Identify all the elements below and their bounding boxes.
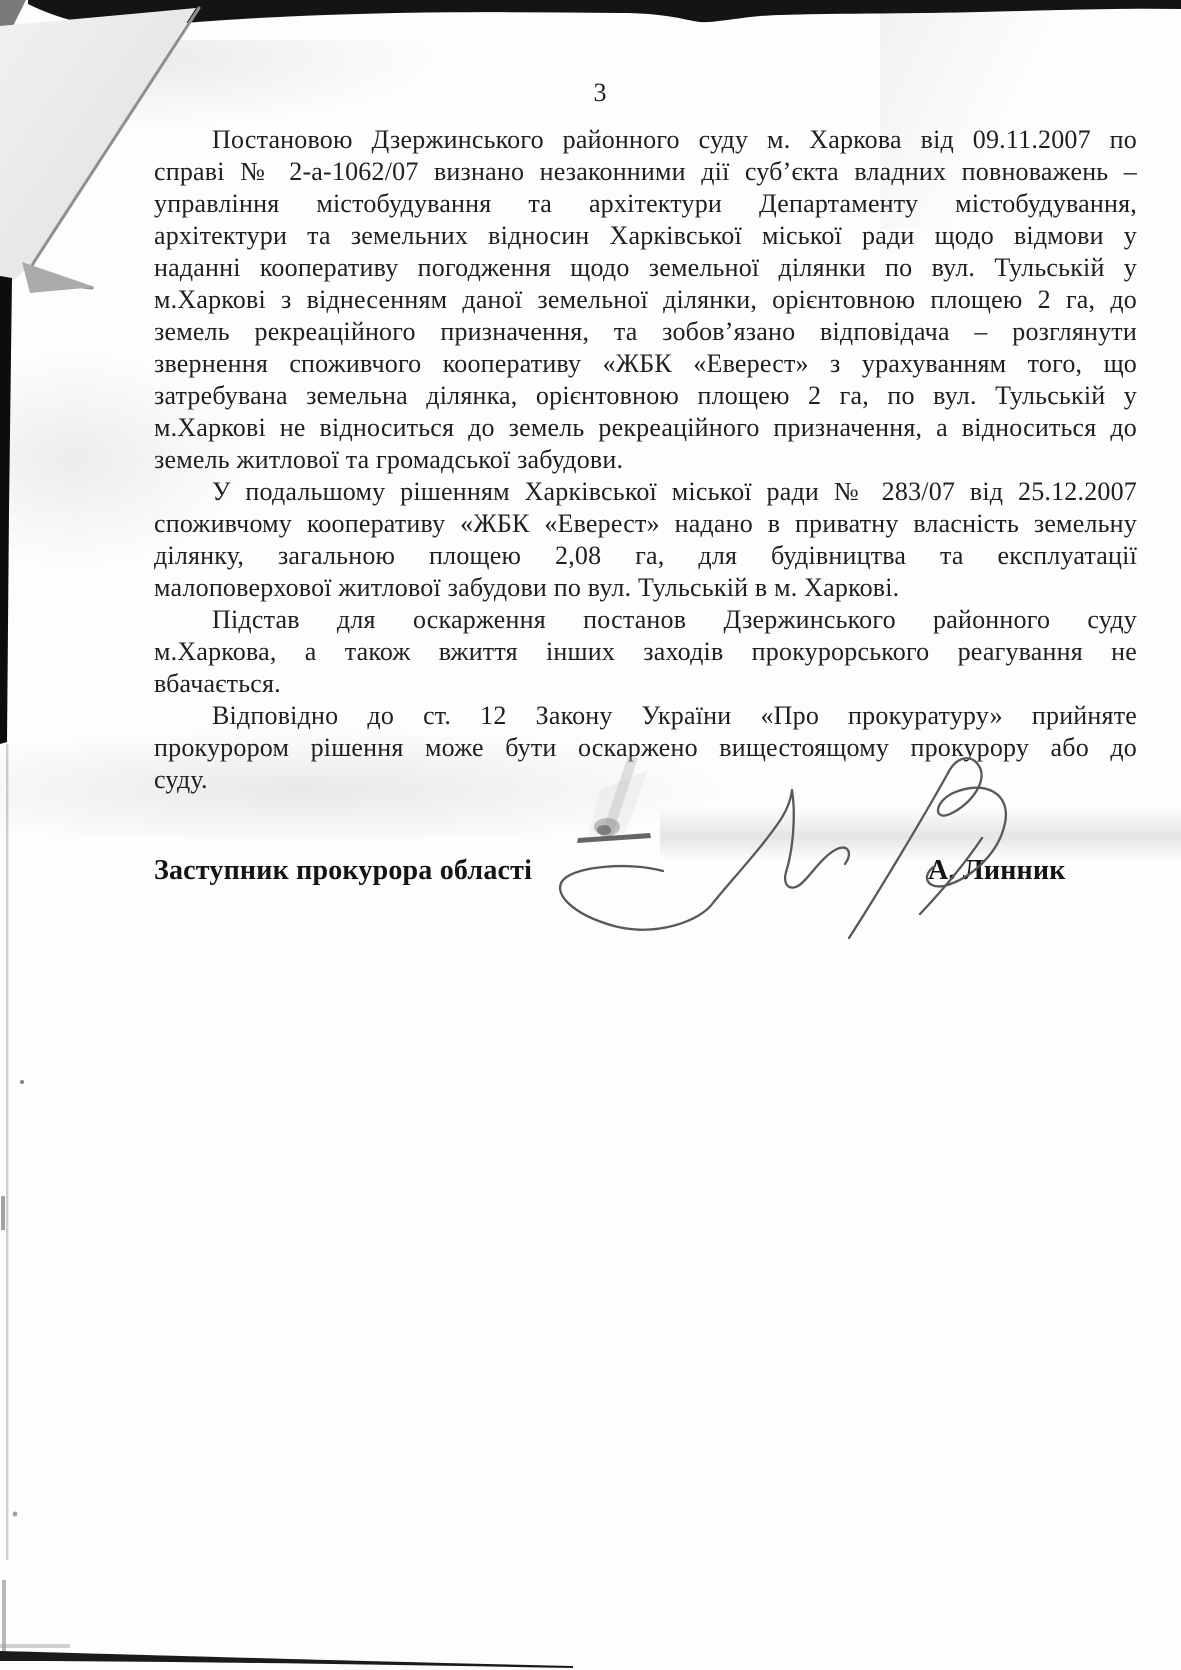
text-line: земель житлової та громадської забудови. (154, 444, 1137, 476)
text-line: прокурором рішення може бути оскаржено в… (154, 732, 1137, 764)
text-line: земель рекреаційного призначення, та зоб… (154, 316, 1137, 348)
text-line: управління містобудування та архітектури… (154, 188, 1137, 220)
text-line: м.Харкові не відноситься до земель рекре… (154, 412, 1137, 444)
page-number: 3 (520, 78, 680, 108)
scan-edge-mark (2, 1580, 6, 1652)
text-line: затребувана земельна ділянка, орієнтовно… (154, 380, 1137, 412)
scan-edge-top (28, 0, 1181, 30)
scanned-page: 3 Постановою Дзержинського районного суд… (0, 0, 1181, 1670)
scan-speck (13, 1512, 18, 1517)
text-line: архітектури та земельних відносин Харків… (154, 220, 1137, 252)
text-line: наданні кооперативу погодження щодо земе… (154, 252, 1137, 284)
text-line: суду. (154, 764, 1137, 796)
text-line: Відповідно до ст. 12 Закону України «Про… (154, 700, 1137, 732)
text-line: У подальшому рішенням Харківської місько… (154, 476, 1137, 508)
text-line: справі № 2-а-1062/07 визнано незаконними… (154, 156, 1137, 188)
text-line: малоповерхової житлової забудови по вул.… (154, 572, 1137, 604)
scan-speck (20, 1080, 24, 1084)
scan-edge-bottom-shadow (0, 1644, 70, 1648)
text-line: м.Харкові з віднесенням даної земельної … (154, 284, 1137, 316)
document-body: Постановою Дзержинського районного суду … (154, 124, 1137, 796)
signature-title: Заступник прокурора області (154, 855, 532, 887)
text-line: Постановою Дзержинського районного суду … (154, 124, 1137, 156)
scan-edge-left-thin (6, 744, 8, 1560)
scan-edge-left (0, 276, 12, 744)
text-line: ділянку, загальною площею 2,08 га, для б… (154, 540, 1137, 572)
page-fold-corner (0, 0, 26, 52)
text-line: м.Харкова, а також вжиття інших заходів … (154, 636, 1137, 668)
text-line: Підстав для оскарження постанов Дзержинс… (154, 604, 1137, 636)
signature-name: А. Линник (928, 855, 1066, 887)
scan-edge-bottom (0, 1651, 573, 1668)
text-line: вбачається. (154, 668, 1137, 700)
scan-shadow-band (660, 808, 1181, 860)
text-line: звернення споживчого кооперативу «ЖБК «Е… (154, 348, 1137, 380)
text-line: споживчому кооперативу «ЖБК «Еверест» на… (154, 508, 1137, 540)
page-fold-shadow (22, 262, 95, 293)
scan-shadow-band (20, 40, 440, 130)
scan-edge-mark (1, 1196, 5, 1230)
